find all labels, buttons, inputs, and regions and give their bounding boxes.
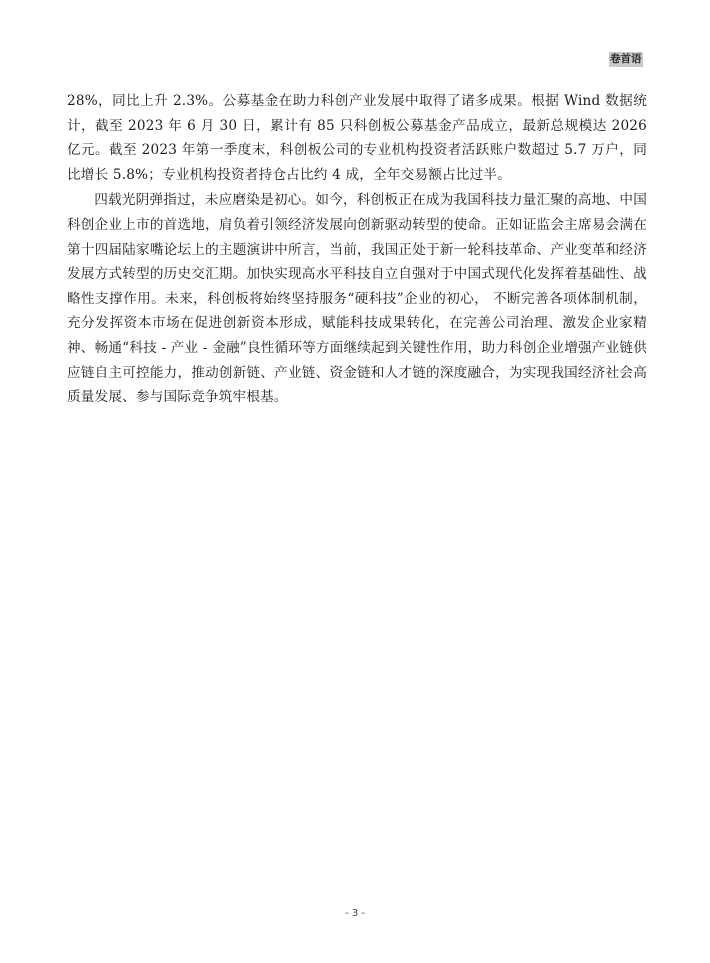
section-tag: 卷首语 <box>609 52 643 67</box>
article-body: 28%，同比上升 2.3%。公募基金在助力科创产业发展中取得了诸多成果。根据 W… <box>67 89 647 410</box>
paragraph-continued: 28%，同比上升 2.3%。公募基金在助力科创产业发展中取得了诸多成果。根据 W… <box>67 89 647 187</box>
paragraph-conclusion: 四载光阴弹指过，未应磨染是初心。如今，科创板正在成为我国科技力量汇聚的高地、中国… <box>67 188 647 409</box>
page-number: - 3 - <box>0 908 710 919</box>
